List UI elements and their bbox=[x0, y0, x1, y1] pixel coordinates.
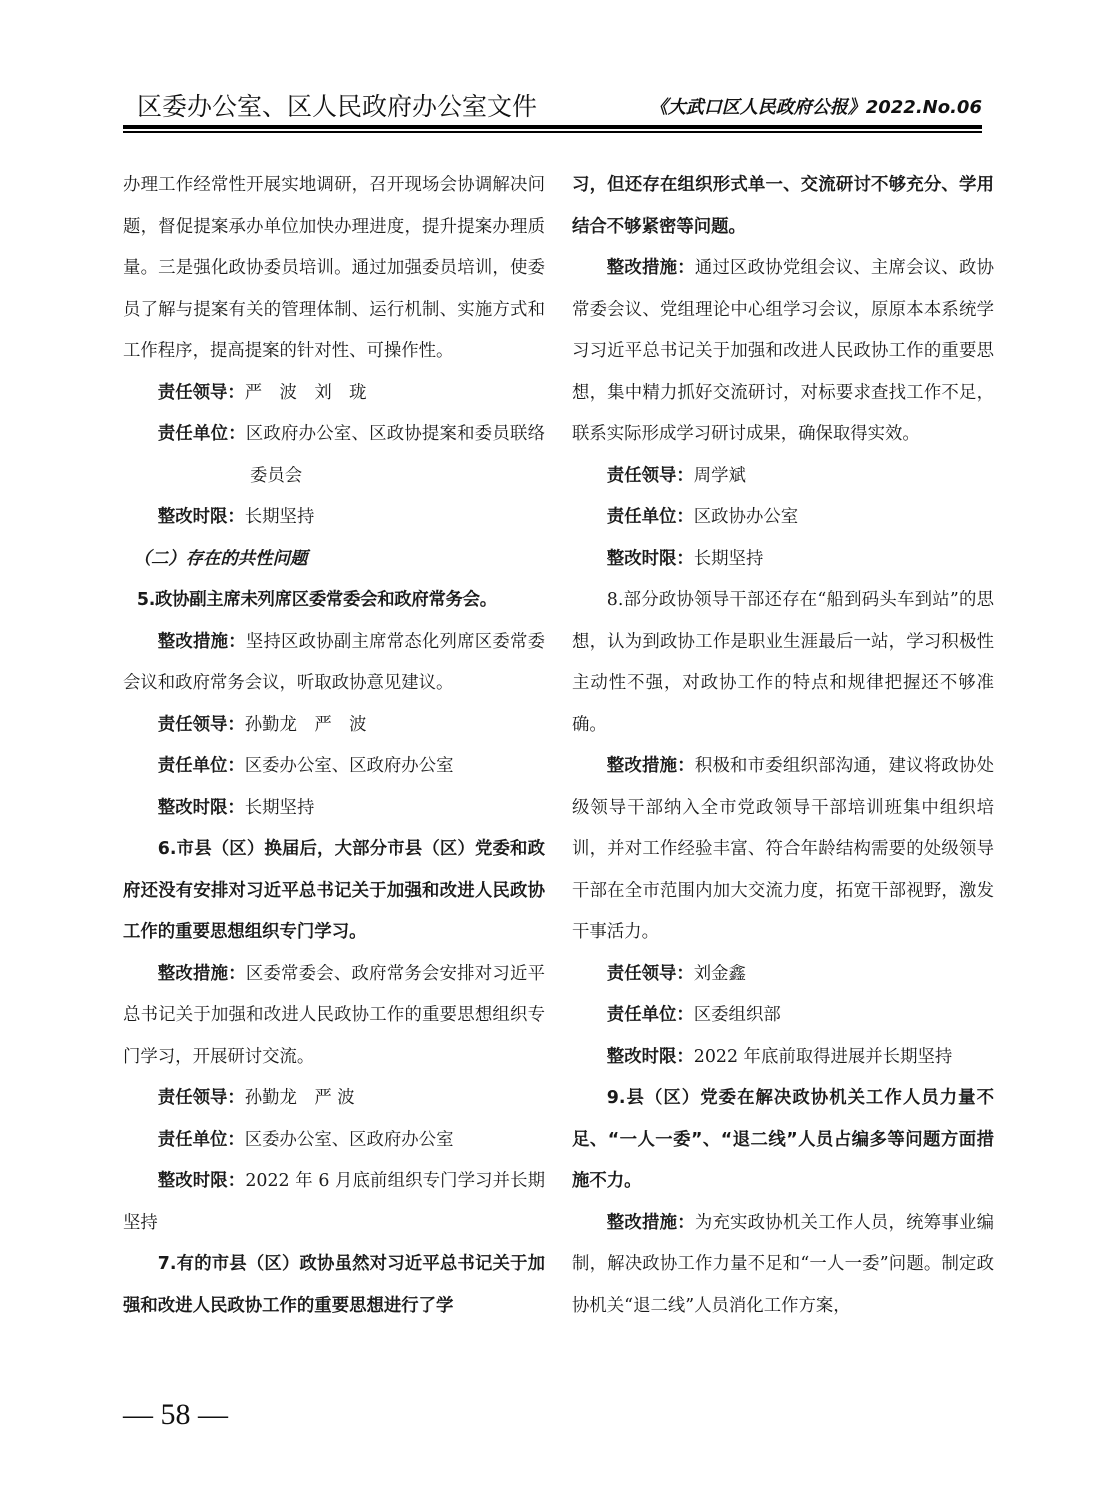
measures-paragraph-9: 整改措施：为充实政协机关工作人员，统筹事业编制，解决政协工作力量不足和“一人一委… bbox=[572, 1203, 994, 1328]
measures-paragraph-6: 整改措施：区委常委会、政府常务会安排对习近平总书记关于加强和改进人民政协工作的重… bbox=[123, 954, 545, 1079]
measures-label: 整改措施： bbox=[158, 632, 246, 652]
responsible-leader-line: 责任领导：孙勤龙 严 波 bbox=[123, 1078, 545, 1120]
measures-label: 整改措施： bbox=[607, 1213, 695, 1233]
measures-text: 积极和市委组织部沟通，建议将政协处级领导干部纳入全市党政领导干部培训班集中组织培… bbox=[572, 756, 994, 942]
responsible-leader-value: 周学斌 bbox=[694, 466, 746, 486]
responsible-unit-label: 责任单位： bbox=[158, 756, 245, 776]
responsible-unit-line: 责任单位：区政府办公室、区政协提案和委员联络委员会 bbox=[123, 414, 545, 497]
issue-title-7-start: 7.有的市县（区）政协虽然对习近平总书记关于加强和改进人民政协工作的重要思想进行… bbox=[123, 1244, 545, 1327]
responsible-unit-line: 责任单位：区政协办公室 bbox=[572, 497, 994, 539]
responsible-leader-label: 责任领导： bbox=[158, 383, 245, 403]
responsible-leader-line: 责任领导：刘金鑫 bbox=[572, 954, 994, 996]
deadline-line: 整改时限：2022 年底前取得进展并长期坚持 bbox=[572, 1037, 994, 1079]
deadline-value: 2022 年底前取得进展并长期坚持 bbox=[694, 1047, 952, 1067]
section-heading: （二）存在的共性问题 bbox=[123, 539, 545, 581]
responsible-leader-label: 责任领导： bbox=[607, 466, 694, 486]
gazette-issue-title: 《大武口区人民政府公报》2022.No.06 bbox=[650, 96, 982, 120]
responsible-unit-value: 区政府办公室、区政协提案和委员联络委员会 bbox=[246, 424, 545, 486]
deadline-label: 整改时限： bbox=[607, 1047, 694, 1067]
right-column: 习，但还存在组织形式单一、交流研讨不够充分、学用结合不够紧密等问题。 整改措施：… bbox=[572, 165, 994, 1327]
responsible-leader-line: 责任领导：严 波 刘 珑 bbox=[123, 373, 545, 415]
deadline-label: 整改时限： bbox=[607, 549, 694, 569]
responsible-leader-value: 孙勤龙 严 波 bbox=[245, 1088, 355, 1108]
paragraph-continuation: 办理工作经常性开展实地调研，召开现场会协调解决问题，督促提案承办单位加快办理进度… bbox=[123, 165, 545, 373]
page-number: — 58 — bbox=[123, 1397, 228, 1433]
responsible-leader-line: 责任领导：孙勤龙 严 波 bbox=[123, 705, 545, 747]
page-header: 区委办公室、区人民政府办公室文件 《大武口区人民政府公报》2022.No.06 bbox=[123, 92, 982, 134]
deadline-label: 整改时限： bbox=[158, 507, 245, 527]
responsible-unit-value: 区委办公室、区政府办公室 bbox=[245, 756, 454, 776]
responsible-unit-value: 区委办公室、区政府办公室 bbox=[245, 1130, 454, 1150]
responsible-leader-label: 责任领导： bbox=[607, 964, 694, 984]
deadline-line: 整改时限：长期坚持 bbox=[123, 788, 545, 830]
issue-title-9: 9.县（区）党委在解决政协机关工作人员力量不足、“一人一委”、“退二线”人员占编… bbox=[572, 1078, 994, 1203]
deadline-line: 整改时限：长期坚持 bbox=[123, 497, 545, 539]
responsible-unit-label: 责任单位： bbox=[607, 507, 694, 527]
responsible-unit-line: 责任单位：区委办公室、区政府办公室 bbox=[123, 746, 545, 788]
deadline-line: 整改时限：长期坚持 bbox=[572, 539, 994, 581]
deadline-value: 长期坚持 bbox=[694, 549, 764, 569]
issue-title-6: 6.市县（区）换届后，大部分市县（区）党委和政府还没有安排对习近平总书记关于加强… bbox=[123, 829, 545, 954]
responsible-unit-value: 区政协办公室 bbox=[694, 507, 798, 527]
responsible-leader-value: 刘金鑫 bbox=[694, 964, 746, 984]
deadline-value: 长期坚持 bbox=[245, 798, 315, 818]
measures-label: 整改措施： bbox=[158, 964, 246, 984]
deadline-line: 整改时限：2022 年 6 月底前组织专门学习并长期坚持 bbox=[123, 1161, 545, 1244]
measures-paragraph-7: 整改措施：通过区政协党组会议、主席会议、政协常委会议、党组理论中心组学习会议，原… bbox=[572, 248, 994, 456]
measures-paragraph-5: 整改措施：坚持区政协副主席常态化列席区委常委会议和政府常务会议，听取政协意见建议… bbox=[123, 622, 545, 705]
deadline-value: 长期坚持 bbox=[245, 507, 315, 527]
issue-title-7-continued: 习，但还存在组织形式单一、交流研讨不够充分、学用结合不够紧密等问题。 bbox=[572, 165, 994, 248]
header-rule-thick bbox=[123, 125, 982, 129]
responsible-unit-label: 责任单位： bbox=[607, 1005, 694, 1025]
responsible-unit-value: 区委组织部 bbox=[694, 1005, 781, 1025]
left-column: 办理工作经常性开展实地调研，召开现场会协调解决问题，督促提案承办单位加快办理进度… bbox=[123, 165, 545, 1327]
responsible-unit-line: 责任单位：区委组织部 bbox=[572, 995, 994, 1037]
responsible-leader-value: 孙勤龙 严 波 bbox=[245, 715, 367, 735]
measures-text: 通过区政协党组会议、主席会议、政协常委会议、党组理论中心组学习会议，原原本本系统… bbox=[572, 258, 994, 444]
measures-label: 整改措施： bbox=[607, 258, 695, 278]
responsible-leader-label: 责任领导： bbox=[158, 1088, 245, 1108]
issue-title-8: 8.部分政协领导干部还存在“船到码头车到站”的思想，认为到政协工作是职业生涯最后… bbox=[572, 580, 994, 746]
responsible-leader-label: 责任领导： bbox=[158, 715, 245, 735]
deadline-label: 整改时限： bbox=[158, 1171, 246, 1191]
responsible-leader-line: 责任领导：周学斌 bbox=[572, 456, 994, 498]
responsible-unit-label: 责任单位： bbox=[158, 424, 246, 444]
measures-label: 整改措施： bbox=[607, 756, 695, 776]
measures-paragraph-8: 整改措施：积极和市委组织部沟通，建议将政协处级领导干部纳入全市党政领导干部培训班… bbox=[572, 746, 994, 954]
document-source-title: 区委办公室、区人民政府办公室文件 bbox=[137, 92, 537, 122]
header-rule-thin bbox=[123, 131, 982, 133]
deadline-label: 整改时限： bbox=[158, 798, 245, 818]
issue-title-5: 5.政协副主席未列席区委常委会和政府常务会。 bbox=[123, 580, 545, 622]
responsible-unit-line: 责任单位：区委办公室、区政府办公室 bbox=[123, 1120, 545, 1162]
responsible-unit-label: 责任单位： bbox=[158, 1130, 245, 1150]
responsible-leader-value: 严 波 刘 珑 bbox=[245, 383, 367, 403]
